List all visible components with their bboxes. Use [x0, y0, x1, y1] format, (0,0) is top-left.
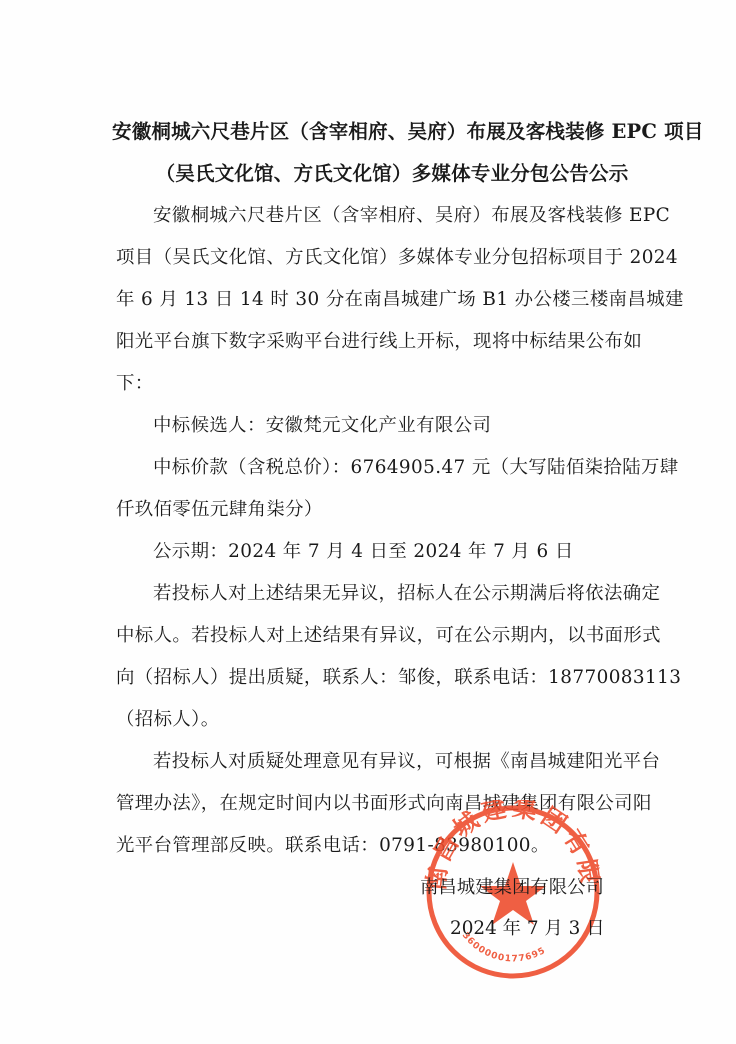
intro-line-3: 年 6 月 13 日 14 时 30 分在南昌城建广场 B1 办公楼三楼南昌城建: [116, 285, 684, 311]
signature-organization: 南昌城建集团有限公司: [420, 873, 604, 899]
appeal-line-1: 若投标人对质疑处理意见有异议，可根据《南昌城建阳光平台: [153, 747, 660, 773]
winning-candidate: 中标候选人：安徽梵元文化产业有限公司: [153, 411, 491, 437]
winning-price-line-1: 中标价款（含税总价）：6764905.47 元（大写陆佰柒拾陆万肆: [153, 453, 679, 479]
intro-line-1: 安徽桐城六尺巷片区（含宰相府、吴府）布展及客栈装修 EPC: [153, 201, 670, 227]
intro-line-5: 下：: [116, 369, 154, 395]
winning-price-line-2: 仟玖佰零伍元肆角柒分）: [116, 495, 323, 521]
signature-date: 2024 年 7 月 3 日: [450, 914, 605, 940]
objection-line-2: 中标人。若投标人对上述结果有异议，可在公示期内，以书面形式: [116, 621, 661, 647]
document-title-line-2: （吴氏文化馆、方氏文化馆）多媒体专业分包公告公示: [112, 158, 672, 186]
document-page: 安徽桐城六尺巷片区（含宰相府、吴府）布展及客栈装修 EPC 项目 （吴氏文化馆、…: [0, 0, 736, 1044]
objection-line-4: （招标人）。: [116, 705, 220, 731]
objection-line-3: 向（招标人）提出质疑，联系人：邹俊，联系电话：18770083113: [116, 663, 681, 689]
document-title-line-1: 安徽桐城六尺巷片区（含宰相府、吴府）布展及客栈装修 EPC 项目: [112, 116, 672, 144]
intro-line-4: 阳光平台旗下数字采购平台进行线上开标，现将中标结果公布如: [116, 327, 642, 353]
publicity-period: 公示期：2024 年 7 月 4 日至 2024 年 7 月 6 日: [153, 537, 574, 563]
intro-line-2: 项目（吴氏文化馆、方氏文化馆）多媒体专业分包招标项目于 2024: [116, 243, 678, 269]
objection-line-1: 若投标人对上述结果无异议，招标人在公示期满后将依法确定: [153, 579, 660, 605]
